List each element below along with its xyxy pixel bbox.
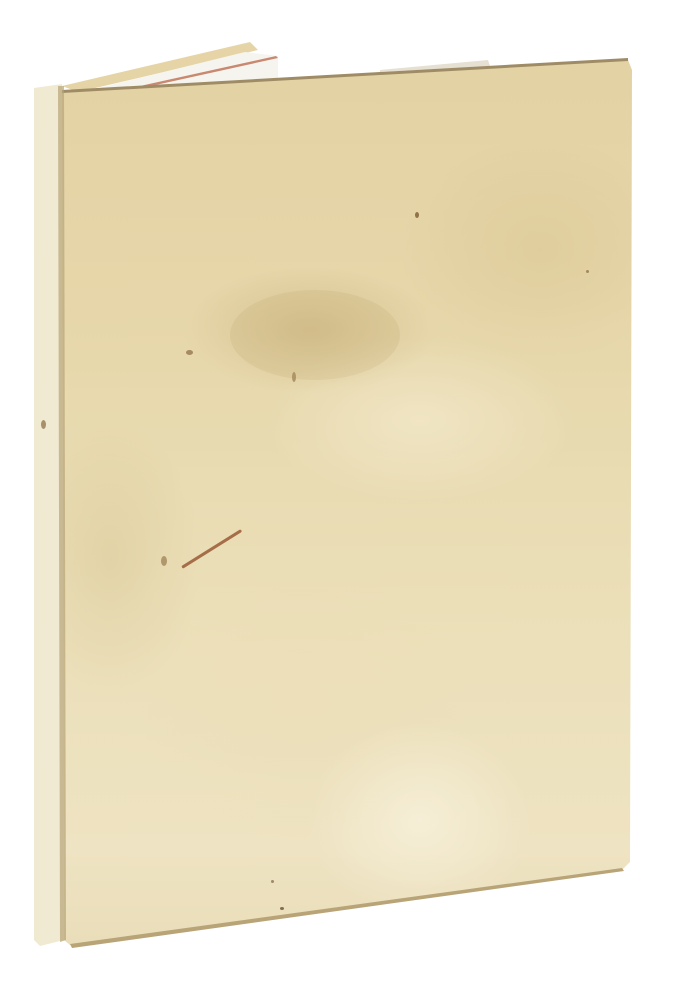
stain-spot <box>41 420 46 429</box>
stain-spot <box>186 350 193 355</box>
stain-spot <box>161 556 167 566</box>
stain-spot <box>271 880 274 883</box>
book-photo <box>0 0 686 1000</box>
stain-spot <box>280 907 284 910</box>
front-cover <box>0 0 686 1000</box>
stain-spot <box>586 270 589 273</box>
stain-spot <box>415 212 419 218</box>
stain-patch <box>230 290 400 380</box>
